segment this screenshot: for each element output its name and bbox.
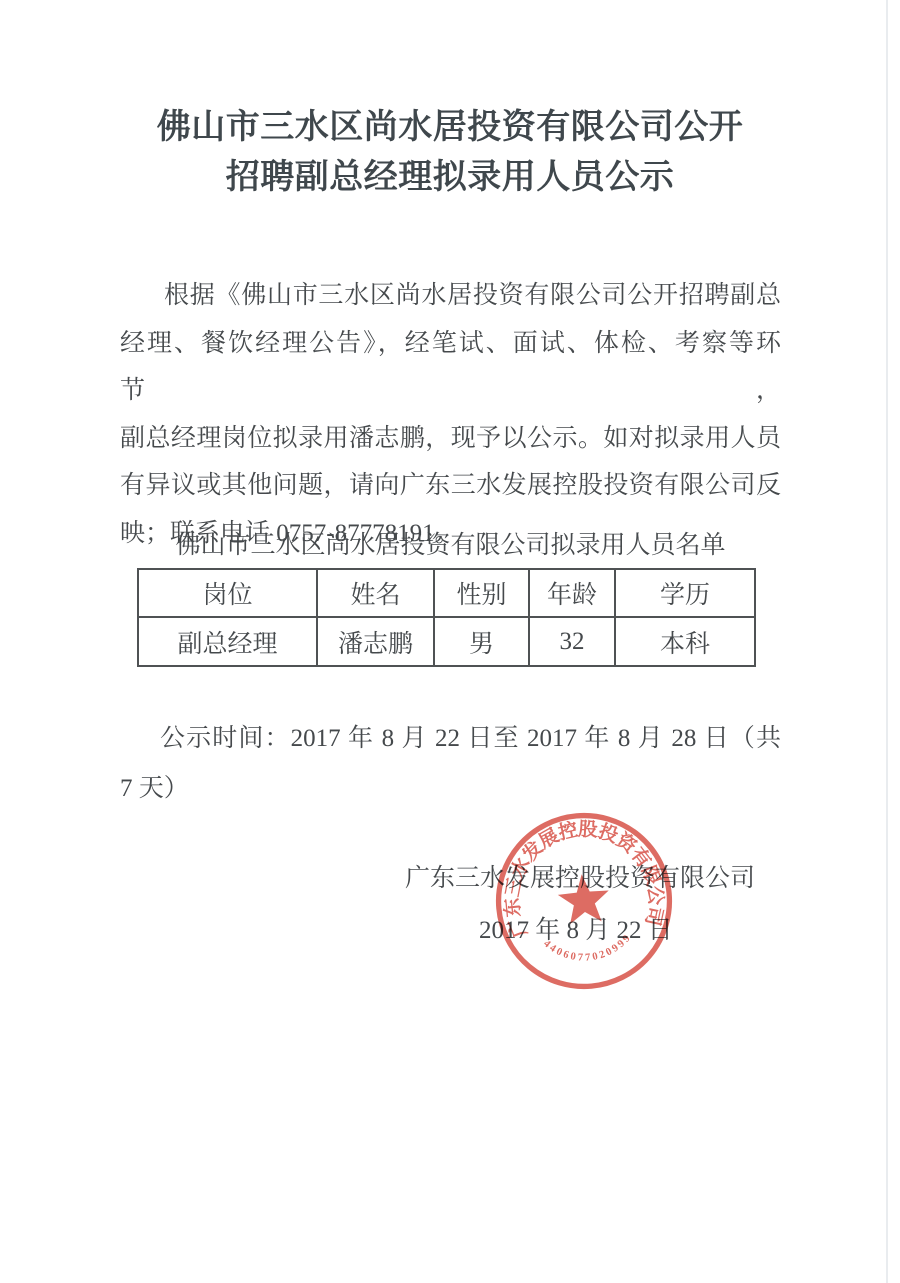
table-row: 副总经理 潘志鹏 男 32 本科 (138, 617, 755, 666)
roster-table: 岗位 姓名 性别 年龄 学历 副总经理 潘志鹏 男 32 本科 (137, 568, 756, 667)
header-cell-gender: 性别 (434, 569, 529, 617)
header-cell-position: 岗位 (138, 569, 317, 617)
publicity-line: 公示时间：2017 年 8 月 22 日至 2017 年 8 月 28 日（共 (120, 714, 781, 764)
svg-text:4406077020999: 4406077020999 (540, 931, 635, 968)
cell-name: 潘志鹏 (317, 617, 434, 666)
page-edge-line (886, 0, 888, 1283)
star-icon (556, 872, 611, 925)
cell-education: 本科 (615, 617, 755, 666)
cell-gender: 男 (434, 617, 529, 666)
paragraph-line: 根据《佛山市三水区尚水居投资有限公司公开招聘副总 (120, 272, 781, 320)
body-paragraph: 根据《佛山市三水区尚水居投资有限公司公开招聘副总 经理、餐饮经理公告》，经笔试、… (120, 272, 781, 558)
paragraph-line: 副总经理岗位拟录用潘志鹏，现予以公示。如对拟录用人员 (120, 415, 781, 463)
document-title: 佛山市三水区尚水居投资有限公司公开 招聘副总经理拟录用人员公示 (0, 103, 900, 203)
seal-serial-number: 4406077020999 (540, 931, 635, 968)
document-page: 佛山市三水区尚水居投资有限公司公开 招聘副总经理拟录用人员公示 根据《佛山市三水… (0, 0, 900, 1283)
official-seal-stamp: 广东三水发展控股投资有限公司 4406077020999 (480, 797, 688, 1005)
paragraph-line: 有异议或其他问题，请向广东三水发展控股投资有限公司反 (120, 462, 781, 510)
header-cell-name: 姓名 (317, 569, 434, 617)
cell-age: 32 (529, 617, 615, 666)
title-line-2: 招聘副总经理拟录用人员公示 (0, 153, 900, 203)
paragraph-line: 经理、餐饮经理公告》，经笔试、面试、体检、考察等环节， (120, 320, 781, 415)
cell-position: 副总经理 (138, 617, 317, 666)
title-line-1: 佛山市三水区尚水居投资有限公司公开 (0, 103, 900, 153)
header-cell-education: 学历 (615, 569, 755, 617)
header-cell-age: 年龄 (529, 569, 615, 617)
publicity-period-paragraph: 公示时间：2017 年 8 月 22 日至 2017 年 8 月 28 日（共 … (120, 714, 781, 814)
roster-caption: 佛山市三水区尚水居投资有限公司拟录用人员名单 (120, 531, 781, 561)
table-header-row: 岗位 姓名 性别 年龄 学历 (138, 569, 755, 617)
publicity-line: 7 天） (120, 764, 781, 814)
